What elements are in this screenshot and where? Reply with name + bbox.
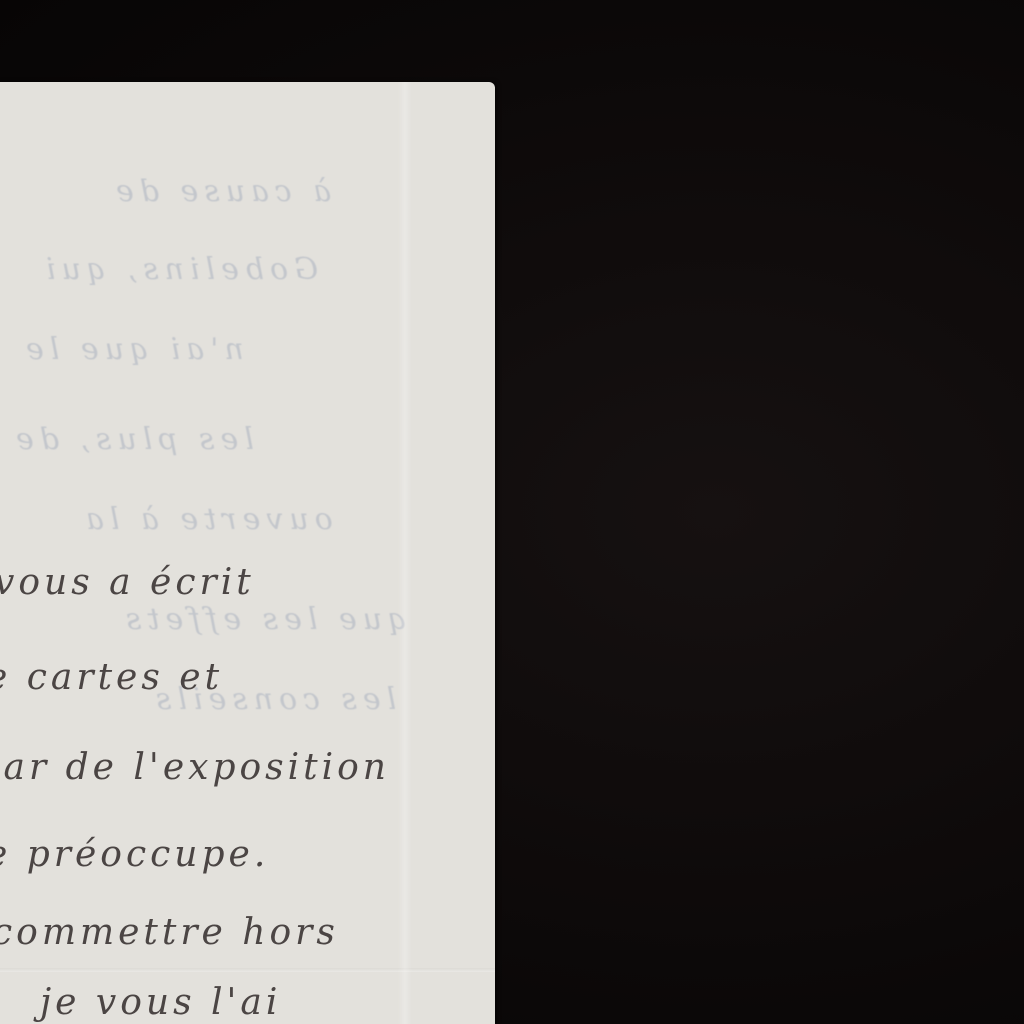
handwritten-line: e cartes et	[0, 657, 223, 698]
letter-page: à cause de Gobelins, qui n'ai que le les…	[0, 82, 495, 1024]
bleed-through-line: Gobelins, qui	[40, 252, 318, 287]
bleed-through-line: que les effets	[120, 602, 407, 637]
bleed-through-line: n'ai que le	[20, 332, 244, 367]
bleed-through-line: les plus, de	[10, 422, 254, 457]
bleed-through-line: à cause de	[110, 174, 331, 209]
handwritten-line: commettre hors	[0, 912, 339, 953]
handwritten-line: je vous l'ai	[40, 982, 281, 1023]
bleed-through-line: ouverte à la	[80, 502, 333, 537]
handwritten-line: lar de l'exposition	[0, 747, 390, 788]
handwritten-line: vous a écrit	[0, 562, 255, 603]
paper-fold-crease	[0, 968, 495, 972]
handwritten-line: e préoccupe.	[0, 834, 269, 875]
